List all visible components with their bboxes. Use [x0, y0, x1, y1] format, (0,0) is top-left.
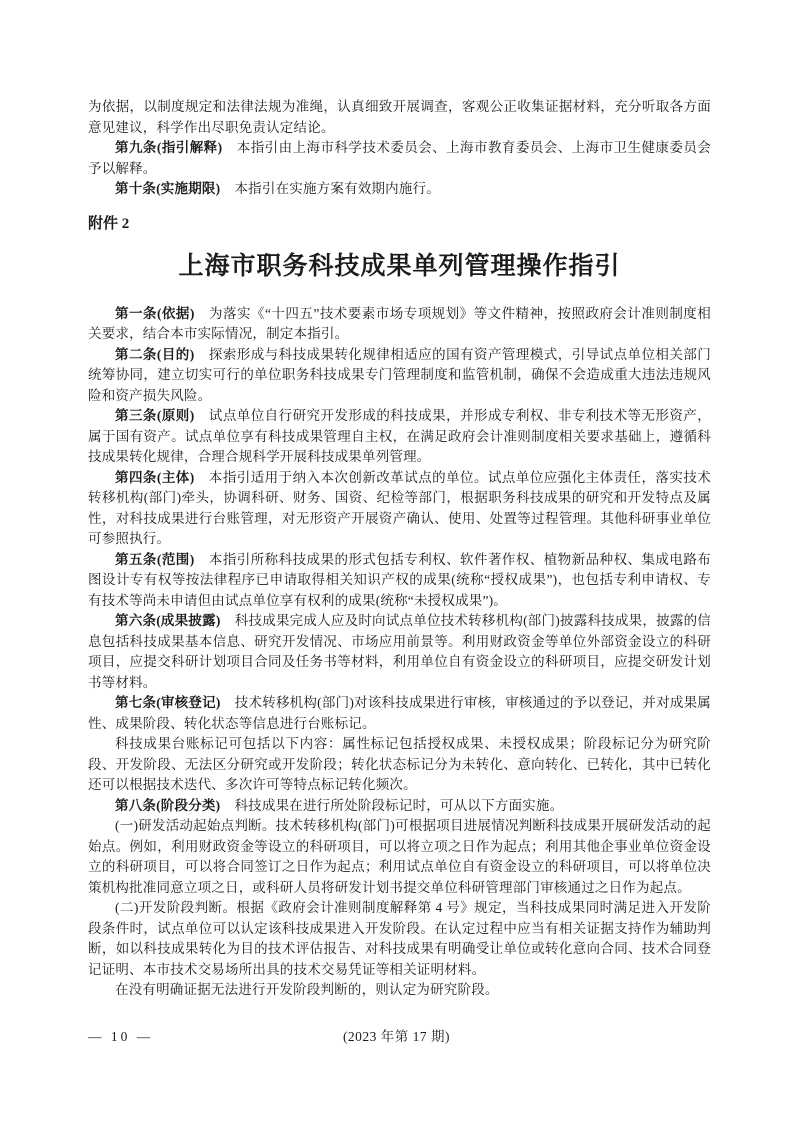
paragraph-text: (一)研发活动起始点判断。技术转移机构(部门)可根据项目进展情况判断科技成果开展… [88, 818, 711, 895]
page-footer: — 10 — (2023 年第 17 期) [0, 1026, 793, 1047]
attachment-label: 附件 2 [88, 214, 711, 234]
paragraph-text: (二)开发阶段判断。根据《政府会计准则制度解释第 4 号》规定，当科技成果同时满… [88, 900, 711, 977]
article-label: 第九条(指引解释) [115, 140, 222, 155]
previous-document-tail: 为依据，以制度规定和法律法规为准绳，认真细致开展调查，客观公正收集证据材料，充分… [88, 97, 711, 200]
article-label: 第三条(原则) [115, 408, 194, 423]
article-label: 第七条(审核登记) [115, 695, 221, 710]
article-label: 第八条(阶段分类) [115, 798, 220, 813]
paragraph: 科技成果台账标记可包括以下内容：属性标记包括授权成果、未授权成果；阶段标记分为研… [88, 734, 711, 796]
paragraph: 第二条(目的)探索形成与科技成果转化规律相适应的国有资产管理模式，引导试点单位相… [88, 345, 711, 407]
document-page: 为依据，以制度规定和法律法规为准绳，认真细致开展调查，客观公正收集证据材料，充分… [0, 0, 793, 1122]
paragraph: 第十条(实施期限)本指引在实施方案有效期内施行。 [88, 179, 711, 200]
article-label: 第五条(范围) [115, 552, 194, 567]
article-label: 第四条(主体) [115, 470, 194, 485]
paragraph: 第七条(审核登记)技术转移机构(部门)对该科技成果进行审核，审核通过的予以登记，… [88, 693, 711, 734]
article-label: 第一条(依据) [115, 306, 195, 321]
document-body: 第一条(依据)为落实《“十四五”技术要素市场专项规划》等文件精神，按照政府会计准… [88, 304, 711, 1001]
article-label: 第二条(目的) [115, 347, 194, 362]
page-number: — 10 — [88, 1026, 153, 1047]
paragraph-text: 为依据，以制度规定和法律法规为准绳，认真细致开展调查，客观公正收集证据材料，充分… [88, 99, 711, 135]
article-label: 第十条(实施期限) [115, 181, 220, 196]
paragraph: (二)开发阶段判断。根据《政府会计准则制度解释第 4 号》规定，当科技成果同时满… [88, 898, 711, 980]
paragraph: 第一条(依据)为落实《“十四五”技术要素市场专项规划》等文件精神，按照政府会计准… [88, 304, 711, 345]
paragraph: 为依据，以制度规定和法律法规为准绳，认真细致开展调查，客观公正收集证据材料，充分… [88, 97, 711, 138]
article-label: 第六条(成果披露) [115, 613, 221, 628]
paragraph: 第四条(主体)本指引适用于纳入本次创新改革试点的单位。试点单位应强化主体责任，落… [88, 468, 711, 550]
paragraph-text: 本指引在实施方案有效期内施行。 [234, 181, 440, 196]
page-content: 为依据，以制度规定和法律法规为准绳，认真细致开展调查，客观公正收集证据材料，充分… [88, 97, 711, 1001]
paragraph-text: 在没有明确证据无法进行开发阶段判断的，则认定为研究阶段。 [115, 982, 499, 997]
paragraph: 第九条(指引解释)本指引由上海市科学技术委员会、上海市教育委员会、上海市卫生健康… [88, 138, 711, 179]
paragraph: 第八条(阶段分类)科技成果在进行所处阶段标记时，可从以下方面实施。 [88, 796, 711, 817]
paragraph: 第六条(成果披露)科技成果完成人应及时向试点单位技术转移机构(部门)披露科技成果… [88, 611, 711, 693]
paragraph: 在没有明确证据无法进行开发阶段判断的，则认定为研究阶段。 [88, 980, 711, 1001]
paragraph-text: 科技成果台账标记可包括以下内容：属性标记包括授权成果、未授权成果；阶段标记分为研… [88, 736, 711, 792]
paragraph: 第三条(原则)试点单位自行研究开发形成的科技成果，并形成专利权、非专利技术等无形… [88, 406, 711, 468]
paragraph-text: 科技成果在进行所处阶段标记时，可从以下方面实施。 [234, 798, 563, 813]
paragraph: (一)研发活动起始点判断。技术转移机构(部门)可根据项目进展情况判断科技成果开展… [88, 816, 711, 898]
paragraph: 第五条(范围)本指引所称科技成果的形式包括专利权、软件著作权、植物新品种权、集成… [88, 550, 711, 612]
document-title: 上海市职务科技成果单列管理操作指引 [88, 250, 711, 284]
